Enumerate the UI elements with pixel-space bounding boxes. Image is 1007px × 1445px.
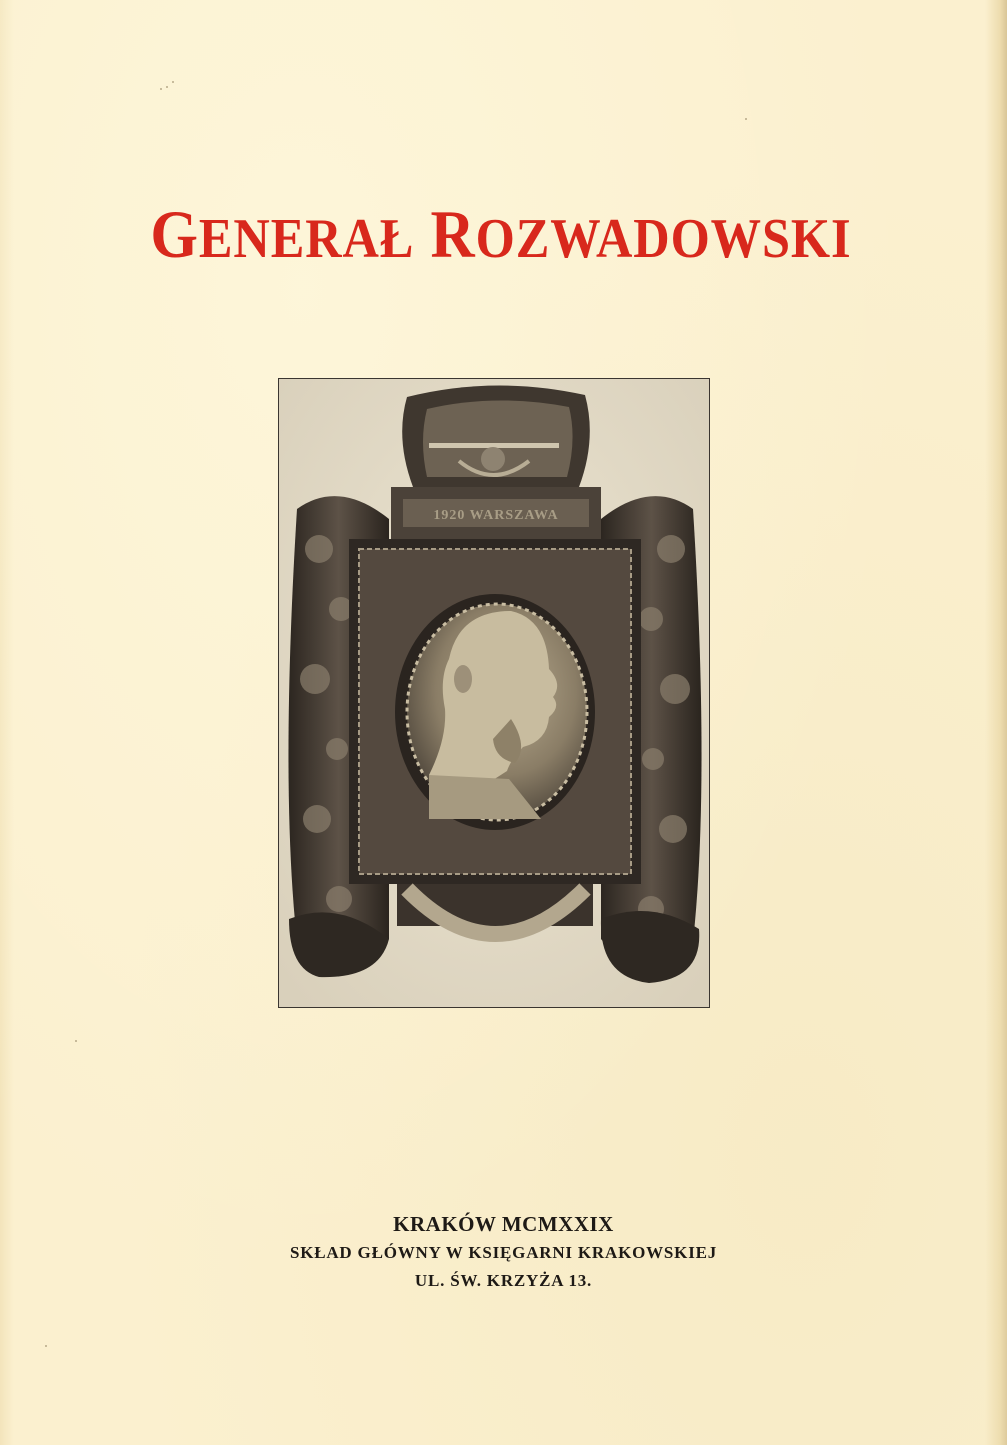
paper-speck bbox=[166, 86, 168, 88]
title-initial: R bbox=[431, 196, 476, 272]
title-rest: ENERAŁ bbox=[199, 208, 414, 270]
paper-speck bbox=[75, 1040, 77, 1042]
paper-speck bbox=[160, 88, 162, 90]
title-rest: OZWADOWSKI bbox=[476, 208, 852, 270]
imprint-distributor: SKŁAD GŁÓWNY W KSIĘGARNI KRAKOWSKIEJ bbox=[0, 1243, 1007, 1263]
paper-speck bbox=[172, 81, 174, 83]
memorial-plaque-photo: 1920 WARSZAWA bbox=[278, 378, 710, 1008]
plaque-inscription: 1920 WARSZAWA bbox=[433, 508, 558, 523]
imprint-place-year: KRAKÓW MCMXXIX bbox=[0, 1212, 1007, 1237]
plaque-illustration: 1920 WARSZAWA bbox=[279, 379, 710, 1008]
title-initial: G bbox=[150, 196, 199, 272]
imprint-address: UL. ŚW. KRZYŻA 13. bbox=[0, 1271, 1007, 1291]
paper-speck bbox=[745, 118, 747, 120]
paper-speck bbox=[45, 1345, 47, 1347]
book-title: GENERAŁ ROZWADOWSKI bbox=[48, 194, 954, 279]
